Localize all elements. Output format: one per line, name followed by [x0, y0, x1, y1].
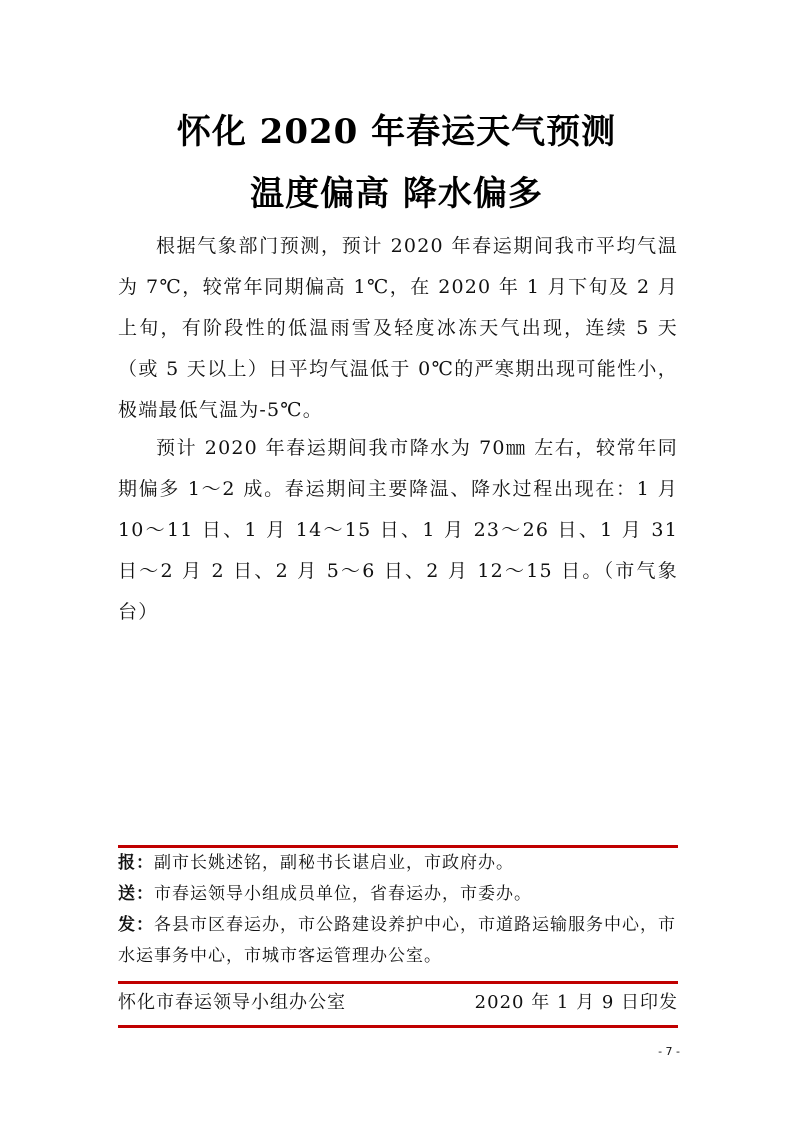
body-paragraph-temperature: 根据气象部门预测，预计 2020 年春运期间我市平均气温为 7℃，较常年同期偏高…: [118, 226, 678, 431]
footer-row: 怀化市春运领导小组办公室 2020 年 1 月 9 日印发: [118, 988, 678, 1014]
distribution-list: 报：副市长姚述铭，副秘书长谌启业，市政府办。 送：市春运领导小组成员单位，省春运…: [118, 848, 678, 972]
page-number: - 7 -: [640, 1045, 680, 1058]
document-title: 怀化 2020 年春运天气预测: [0, 104, 793, 153]
issue-date: 2020 年 1 月 9 日印发: [475, 988, 678, 1014]
body-paragraph-precipitation: 预计 2020 年春运期间我市降水为 70㎜ 左右，较常年同期偏多 1～2 成。…: [118, 428, 678, 633]
distribution-label: 发：: [118, 915, 154, 935]
divider-bottom: [118, 1025, 678, 1028]
distribution-item-send: 送：市春运领导小组成员单位，省春运办，市委办。: [118, 879, 678, 910]
distribution-label: 报：: [118, 853, 154, 873]
distribution-text: 市春运领导小组成员单位，省春运办，市委办。: [154, 884, 532, 904]
distribution-item-report: 报：副市长姚述铭，副秘书长谌启业，市政府办。: [118, 848, 678, 879]
issuer: 怀化市春运领导小组办公室: [118, 988, 346, 1014]
distribution-label: 送：: [118, 884, 154, 904]
distribution-text: 各县市区春运办，市公路建设养护中心，市道路运输服务中心，市水运事务中心，市城市客…: [118, 915, 676, 966]
divider-middle: [118, 981, 678, 984]
distribution-text: 副市长姚述铭，副秘书长谌启业，市政府办。: [154, 853, 514, 873]
distribution-item-issue: 发：各县市区春运办，市公路建设养护中心，市道路运输服务中心，市水运事务中心，市城…: [118, 910, 678, 972]
document-subtitle: 温度偏高 降水偏多: [0, 166, 793, 215]
